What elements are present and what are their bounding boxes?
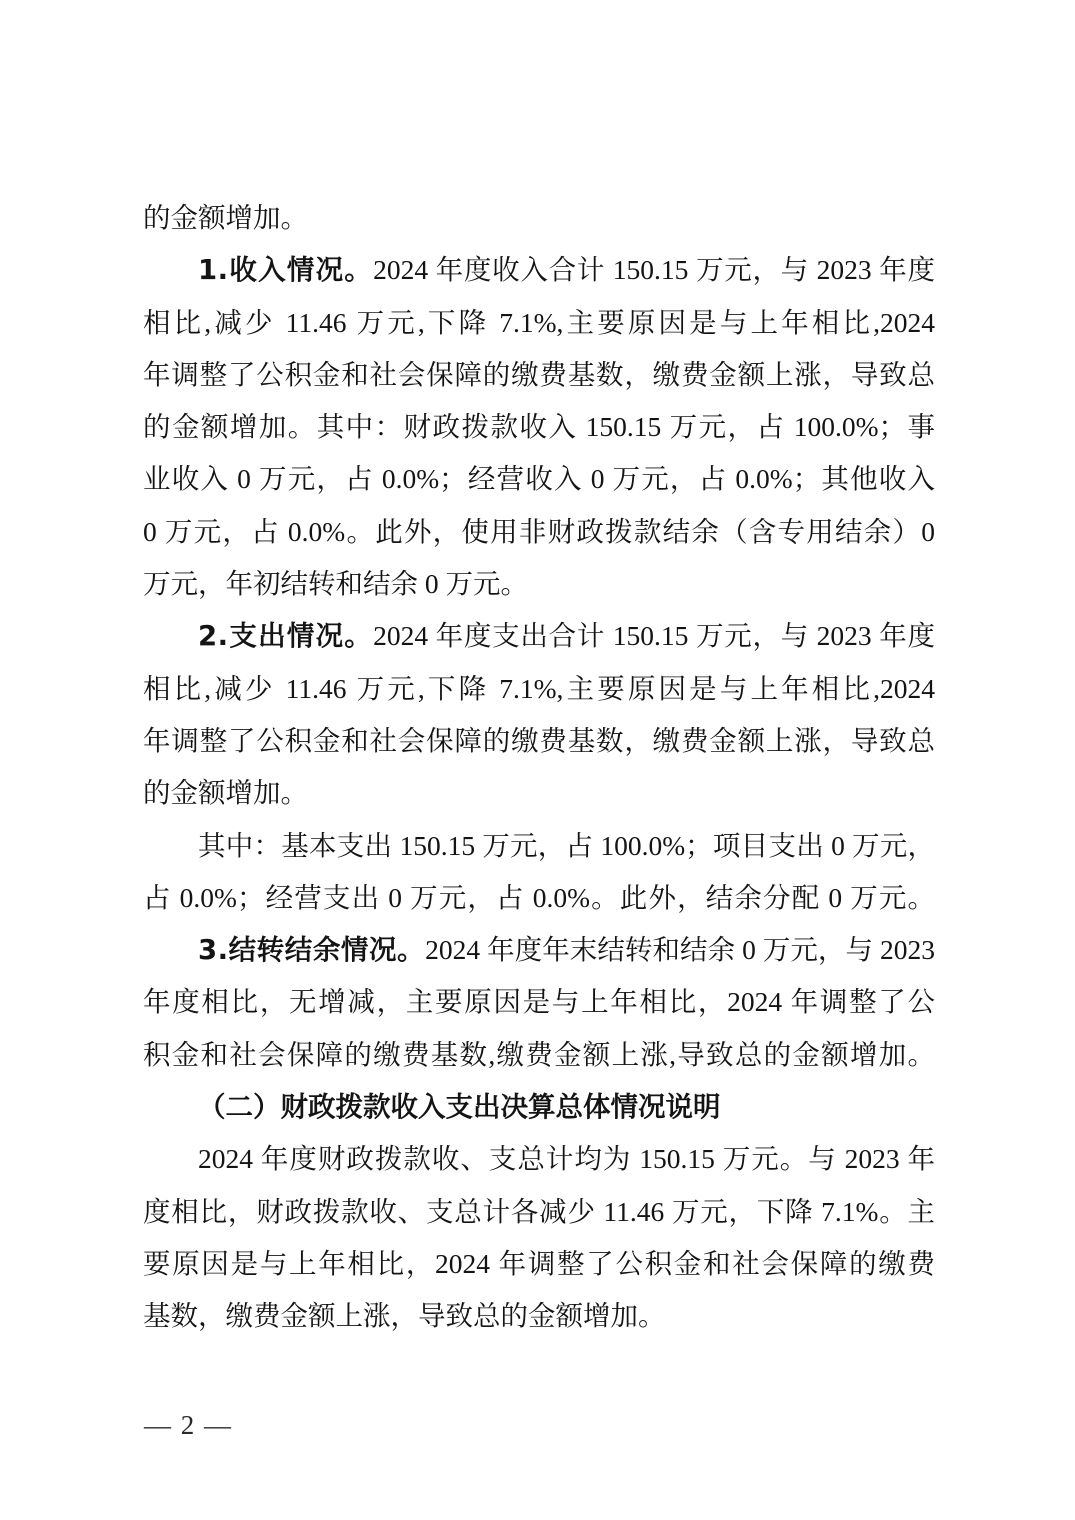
text-line: 0 万元，占 0.0%。此外，使用非财政拨款结余（含专用结余）0 bbox=[143, 506, 935, 558]
text-line: 3.结转结余情况。2024 年度年末结转和结余 0 万元，与 2023 bbox=[143, 924, 935, 976]
text-line: 基数，缴费金额上涨，导致总的金额增加。 bbox=[143, 1290, 935, 1342]
body-text: 业收入 0 万元，占 0.0%；经营收入 0 万元，占 0.0%；其他收入 bbox=[143, 463, 935, 494]
page-number: — 2 — bbox=[144, 1399, 231, 1451]
text-line: （二）财政拨款收入支出决算总体情况说明 bbox=[143, 1081, 935, 1133]
text-line: 万元，年初结转和结余 0 万元。 bbox=[143, 558, 935, 610]
body-text: 年调整了公积金和社会保障的缴费基数，缴费金额上涨，导致总 bbox=[143, 725, 935, 756]
heading-text: （二）财政拨款收入支出决算总体情况说明 bbox=[198, 1091, 721, 1122]
body-text: 基数，缴费金额上涨，导致总的金额增加。 bbox=[143, 1300, 666, 1331]
body-text: 度相比，财政拨款收、支总计各减少 11.46 万元，下降 7.1%。主 bbox=[143, 1196, 935, 1227]
text-line: 年调整了公积金和社会保障的缴费基数，缴费金额上涨，导致总 bbox=[143, 349, 935, 401]
document-page: 的金额增加。1.收入情况。2024 年度收入合计 150.15 万元，与 202… bbox=[0, 0, 1075, 1520]
text-line: 的金额增加。 bbox=[143, 767, 935, 819]
text-line: 1.收入情况。2024 年度收入合计 150.15 万元，与 2023 年度 bbox=[143, 244, 935, 296]
heading-text: 2.支出情况。 bbox=[198, 620, 373, 652]
heading-text: 1.收入情况。 bbox=[198, 254, 373, 286]
heading-text: 3.结转结余情况。 bbox=[198, 934, 425, 966]
body-text: 积金和社会保障的缴费基数,缴费金额上涨,导致总的金额增加。 bbox=[143, 1039, 935, 1070]
text-line: 年调整了公积金和社会保障的缴费基数，缴费金额上涨，导致总 bbox=[143, 715, 935, 767]
body-text: 年度相比，无增减，主要原因是与上年相比，2024 年调整了公 bbox=[143, 986, 935, 1017]
text-line: 相比,减少 11.46 万元,下降 7.1%,主要原因是与上年相比,2024 bbox=[143, 297, 935, 349]
body-text: 的金额增加。其中：财政拨款收入 150.15 万元，占 100.0%；事 bbox=[143, 411, 935, 442]
text-line: 业收入 0 万元，占 0.0%；经营收入 0 万元，占 0.0%；其他收入 bbox=[143, 453, 935, 505]
body-text: 要原因是与上年相比，2024 年调整了公积金和社会保障的缴费 bbox=[143, 1248, 935, 1279]
document-body: 的金额增加。1.收入情况。2024 年度收入合计 150.15 万元，与 202… bbox=[143, 192, 935, 1343]
text-line: 2.支出情况。2024 年度支出合计 150.15 万元，与 2023 年度 bbox=[143, 610, 935, 662]
text-line: 占 0.0%；经营支出 0 万元，占 0.0%。此外，结余分配 0 万元。 bbox=[143, 872, 935, 924]
body-text: 2024 年度支出合计 150.15 万元，与 2023 年度 bbox=[373, 620, 935, 651]
text-line: 年度相比，无增减，主要原因是与上年相比，2024 年调整了公 bbox=[143, 976, 935, 1028]
body-text: 的金额增加。 bbox=[143, 777, 308, 808]
text-line: 的金额增加。 bbox=[143, 192, 935, 244]
text-line: 积金和社会保障的缴费基数,缴费金额上涨,导致总的金额增加。 bbox=[143, 1029, 935, 1081]
text-line: 相比,减少 11.46 万元,下降 7.1%,主要原因是与上年相比,2024 bbox=[143, 663, 935, 715]
body-text: 相比,减少 11.46 万元,下降 7.1%,主要原因是与上年相比,2024 bbox=[143, 307, 935, 338]
body-text: 其中：基本支出 150.15 万元，占 100.0%；项目支出 0 万元， bbox=[198, 830, 935, 861]
body-text: 2024 年度收入合计 150.15 万元，与 2023 年度 bbox=[373, 254, 935, 285]
body-text: 0 万元，占 0.0%。此外，使用非财政拨款结余（含专用结余）0 bbox=[143, 516, 935, 547]
body-text: 的金额增加。 bbox=[143, 202, 308, 233]
text-line: 要原因是与上年相比，2024 年调整了公积金和社会保障的缴费 bbox=[143, 1238, 935, 1290]
text-line: 度相比，财政拨款收、支总计各减少 11.46 万元，下降 7.1%。主 bbox=[143, 1186, 935, 1238]
text-line: 2024 年度财政拨款收、支总计均为 150.15 万元。与 2023 年 bbox=[143, 1133, 935, 1185]
text-line: 的金额增加。其中：财政拨款收入 150.15 万元，占 100.0%；事 bbox=[143, 401, 935, 453]
body-text: 占 0.0%；经营支出 0 万元，占 0.0%。此外，结余分配 0 万元。 bbox=[143, 882, 935, 913]
body-text: 2024 年度年末结转和结余 0 万元，与 2023 bbox=[425, 934, 935, 965]
body-text: 万元，年初结转和结余 0 万元。 bbox=[143, 568, 528, 599]
body-text: 年调整了公积金和社会保障的缴费基数，缴费金额上涨，导致总 bbox=[143, 359, 935, 390]
body-text: 2024 年度财政拨款收、支总计均为 150.15 万元。与 2023 年 bbox=[198, 1143, 935, 1174]
text-line: 其中：基本支出 150.15 万元，占 100.0%；项目支出 0 万元， bbox=[143, 820, 935, 872]
body-text: 相比,减少 11.46 万元,下降 7.1%,主要原因是与上年相比,2024 bbox=[143, 673, 935, 704]
